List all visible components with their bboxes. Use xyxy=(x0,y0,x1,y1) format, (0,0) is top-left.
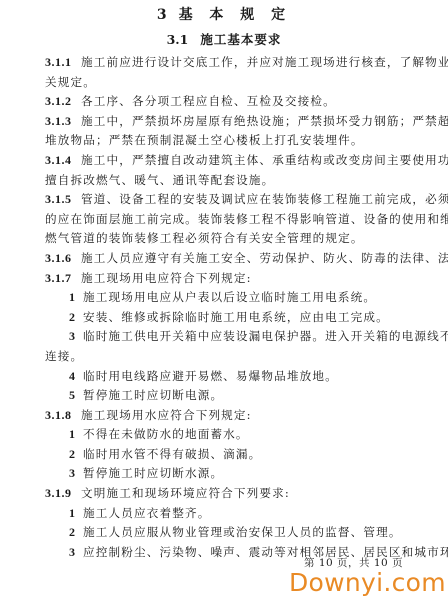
list-item: 1施工人员应衣着整齐。 xyxy=(45,504,415,524)
clause-line: 3.1.5管道、设备工程的安装及调试应在装饰装修工程施工前完成，必须同步进行 xyxy=(45,190,415,210)
line-text: 施工现场用水应符合下列规定: xyxy=(81,408,252,422)
clause-line: 3.1.8施工现场用水应符合下列规定: xyxy=(45,406,415,426)
section-title-text: 施工基本要求 xyxy=(200,32,281,47)
section-title: 3.1施工基本要求 xyxy=(0,32,448,48)
clause-number: 3.1.7 xyxy=(45,269,81,289)
item-number: 3 xyxy=(69,543,81,563)
line-text: 不得在未做防水的地面蓄水。 xyxy=(83,427,249,441)
continuation-line: 关规定。 xyxy=(45,73,415,93)
list-item: 3临时施工供电开关箱中应装设漏电保护器。进入开关箱的电源线不得用插销 xyxy=(45,327,415,347)
chapter-title: 3基 本 规 定 xyxy=(0,6,448,24)
list-item: 4临时用电线路应避开易燃、易爆物品堆放地。 xyxy=(45,367,415,387)
line-text: 暂停施工时应切断电源。 xyxy=(83,388,223,402)
watermark-logo: Downyi.com xyxy=(289,568,446,598)
item-number: 5 xyxy=(69,386,81,406)
line-text: 施工中，严禁损坏房屋原有绝热设施；严禁损坏受力钢筋；严禁超荷载集中 xyxy=(81,114,448,128)
continuation-line: 堆放物品；严禁在预制混凝土空心楼板上打孔安装埋件。 xyxy=(45,131,415,151)
line-text: 管道、设备工程的安装及调试应在装饰装修工程施工前完成，必须同步进行 xyxy=(81,192,448,206)
clause-number: 3.1.9 xyxy=(45,484,81,504)
line-text: 文明施工和现场环境应符合下列要求: xyxy=(81,486,290,500)
document-page: 3基 本 规 定 3.1施工基本要求 3.1.1施工前应进行设计交底工作，并应对… xyxy=(0,0,448,600)
clause-number: 3.1.8 xyxy=(45,406,81,426)
line-text: 施工中，严禁擅自改动建筑主体、承重结构或改变房间主要使用功能；严禁 xyxy=(81,153,448,167)
line-text: 关规定。 xyxy=(45,75,96,89)
section-number: 3.1 xyxy=(167,32,189,47)
clause-line: 3.1.9文明施工和现场环境应符合下列要求: xyxy=(45,484,415,504)
line-text: 施工前应进行设计交底工作，并应对施工现场进行核查，了解物业管理的有 xyxy=(81,55,448,69)
item-number: 2 xyxy=(69,523,81,543)
line-text: 的应在饰面层施工前完成。装饰装修工程不得影响管道、设备的使用和维修。涉及 xyxy=(45,212,448,226)
line-text: 堆放物品；严禁在预制混凝土空心楼板上打孔安装埋件。 xyxy=(45,133,364,147)
chapter-title-text: 基 本 规 定 xyxy=(179,7,292,23)
line-text: 临时施工供电开关箱中应装设漏电保护器。进入开关箱的电源线不得用插销 xyxy=(83,329,448,343)
item-number: 3 xyxy=(69,327,81,347)
list-item: 2临时用水管不得有破损、滴漏。 xyxy=(45,445,415,465)
clause-number: 3.1.2 xyxy=(45,92,81,112)
continuation-line: 燃气管道的装饰装修工程必须符合有关安全管理的规定。 xyxy=(45,229,415,249)
clause-line: 3.1.3施工中，严禁损坏房屋原有绝热设施；严禁损坏受力钢筋；严禁超荷载集中 xyxy=(45,112,415,132)
item-number: 1 xyxy=(69,425,81,445)
line-text: 安装、维修或拆除临时施工用电系统，应由电工完成。 xyxy=(83,310,389,324)
continuation-line: 擅自拆改燃气、暖气、通讯等配套设施。 xyxy=(45,171,415,191)
line-text: 暂停施工时应切断水源。 xyxy=(83,466,223,480)
line-text: 临时用水管不得有破损、滴漏。 xyxy=(83,447,261,461)
clause-number: 3.1.3 xyxy=(45,112,81,132)
item-number: 2 xyxy=(69,308,81,328)
list-item: 1施工现场用电应从户表以后设立临时施工用电系统。 xyxy=(45,288,415,308)
list-item: 2施工人员应服从物业管理或治安保卫人员的监督、管理。 xyxy=(45,523,415,543)
line-text: 施工现场用电应符合下列规定: xyxy=(81,271,252,285)
clause-line: 3.1.1施工前应进行设计交底工作，并应对施工现场进行核查，了解物业管理的有 xyxy=(45,53,415,73)
item-number: 1 xyxy=(69,504,81,524)
list-item: 2安装、维修或拆除临时施工用电系统，应由电工完成。 xyxy=(45,308,415,328)
line-text: 连接。 xyxy=(45,349,83,363)
continuation-line: 连接。 xyxy=(45,347,415,367)
clause-line: 3.1.2各工序、各分项工程应自检、互检及交接检。 xyxy=(45,92,415,112)
chapter-number: 3 xyxy=(157,7,167,23)
item-number: 2 xyxy=(69,445,81,465)
list-item: 3暂停施工时应切断水源。 xyxy=(45,464,415,484)
item-number: 4 xyxy=(69,367,81,387)
line-text: 施工人员应衣着整齐。 xyxy=(83,506,210,520)
line-text: 施工人员应遵守有关施工安全、劳动保护、防火、防毒的法律、法规。 xyxy=(81,251,448,265)
clause-line: 3.1.6施工人员应遵守有关施工安全、劳动保护、防火、防毒的法律、法规。 xyxy=(45,249,415,269)
continuation-line: 的应在饰面层施工前完成。装饰装修工程不得影响管道、设备的使用和维修。涉及 xyxy=(45,210,415,230)
line-text: 各工序、各分项工程应自检、互检及交接检。 xyxy=(81,94,336,108)
line-text: 擅自拆改燃气、暖气、通讯等配套设施。 xyxy=(45,173,274,187)
document-body: 3.1.1施工前应进行设计交底工作，并应对施工现场进行核查，了解物业管理的有关规… xyxy=(45,53,415,562)
clause-number: 3.1.6 xyxy=(45,249,81,269)
line-text: 施工现场用电应从户表以后设立临时施工用电系统。 xyxy=(83,290,376,304)
line-text: 施工人员应服从物业管理或治安保卫人员的监督、管理。 xyxy=(83,525,402,539)
item-number: 3 xyxy=(69,464,81,484)
clause-number: 3.1.4 xyxy=(45,151,81,171)
clause-line: 3.1.4施工中，严禁擅自改动建筑主体、承重结构或改变房间主要使用功能；严禁 xyxy=(45,151,415,171)
list-item: 1不得在未做防水的地面蓄水。 xyxy=(45,425,415,445)
clause-number: 3.1.1 xyxy=(45,53,81,73)
list-item: 5暂停施工时应切断电源。 xyxy=(45,386,415,406)
item-number: 1 xyxy=(69,288,81,308)
clause-line: 3.1.7施工现场用电应符合下列规定: xyxy=(45,269,415,289)
line-text: 临时用电线路应避开易燃、易爆物品堆放地。 xyxy=(83,369,338,383)
clause-number: 3.1.5 xyxy=(45,190,81,210)
line-text: 燃气管道的装饰装修工程必须符合有关安全管理的规定。 xyxy=(45,231,364,245)
